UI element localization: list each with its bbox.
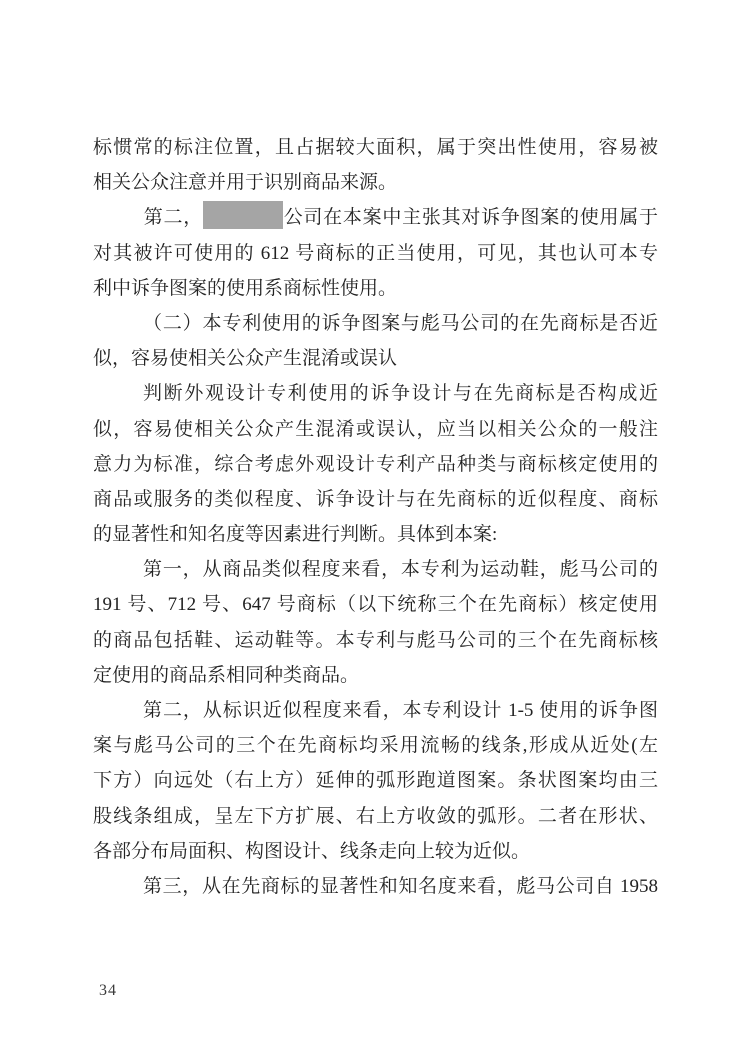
text-line: 判断外观设计专利使用的诉争设计与在先商标是否构成近 — [93, 376, 658, 411]
judgment-body: 标惯常的标注位置，且占据较大面积，属于突出性使用，容易被 相关公众注意并用于识别… — [93, 130, 658, 904]
text-line: 意力为标准，综合考虑外观设计专利产品种类与商标核定使用的 — [93, 447, 658, 482]
text-line: 第一，从商品类似程度来看，本专利为运动鞋，彪马公司的 — [93, 552, 658, 587]
text-line: 相关公众注意并用于识别商品来源。 — [93, 165, 658, 200]
text-after-redaction: 公司在本案中主张其对诉争图案的使用属于 — [283, 207, 658, 228]
text-line: 股线条组成，呈左下方扩展、右上方收敛的弧形。二者在形状、 — [93, 799, 658, 834]
redaction-box — [203, 201, 283, 229]
text-line: 似，容易使相关公众产生混淆或误认 — [93, 341, 658, 376]
text-line: 的显著性和知名度等因素进行判断。具体到本案: — [93, 517, 658, 552]
text-line: 各部分布局面积、构图设计、线条走向上较为近似。 — [93, 834, 658, 869]
text-line: 对其被许可使用的 612 号商标的正当使用，可见，其也认可本专 — [93, 236, 658, 271]
text-line: 案与彪马公司的三个在先商标均采用流畅的线条,形成从近处(左 — [93, 728, 658, 763]
page-number: 34 — [99, 982, 117, 1000]
text-line: 商品或服务的类似程度、诉争设计与在先商标的近似程度、商标 — [93, 482, 658, 517]
document-page: 标惯常的标注位置，且占据较大面积，属于突出性使用，容易被 相关公众注意并用于识别… — [0, 0, 750, 1061]
text-line: （二）本专利使用的诉争图案与彪马公司的在先商标是否近 — [93, 306, 658, 341]
text-line: 第二，从标识近似程度来看，本专利设计 1-5 使用的诉争图 — [93, 693, 658, 728]
text-line: 标惯常的标注位置，且占据较大面积，属于突出性使用，容易被 — [93, 130, 658, 165]
text-line-with-redaction: 第二，公司在本案中主张其对诉争图案的使用属于 — [93, 200, 658, 235]
text-line: 定使用的商品系相同种类商品。 — [93, 658, 658, 693]
text-line: 的商品包括鞋、运动鞋等。本专利与彪马公司的三个在先商标核 — [93, 623, 658, 658]
text-line: 似，容易使相关公众产生混淆或误认，应当以相关公众的一般注 — [93, 412, 658, 447]
text-line: 第三，从在先商标的显著性和知名度来看，彪马公司自 1958 — [93, 869, 658, 904]
text-line: 191 号、712 号、647 号商标（以下统称三个在先商标）核定使用 — [93, 587, 658, 622]
text-line: 利中诉争图案的使用系商标性使用。 — [93, 271, 658, 306]
text-before-redaction: 第二， — [93, 207, 203, 228]
text-line: 下方）向远处（右上方）延伸的弧形跑道图案。条状图案均由三 — [93, 763, 658, 798]
